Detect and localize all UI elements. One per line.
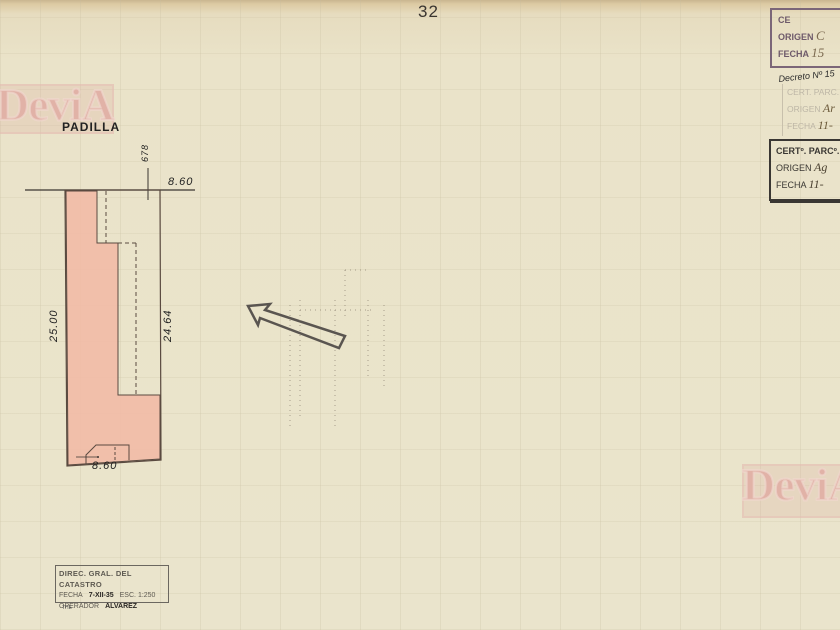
cert-label: CERTº. PARCº. — [776, 143, 840, 159]
origen-label: ORIGEN — [787, 104, 821, 114]
origen-label: ORIGEN — [778, 32, 814, 42]
origen-value: Ar — [823, 101, 835, 115]
catastro-title: DIREC. GRAL. DEL CATASTRO — [59, 568, 165, 590]
fecha-value: 15 — [811, 45, 824, 60]
back-width-dimension: 8.60 — [92, 460, 117, 472]
north-arrow-icon — [248, 304, 345, 348]
cert-stamp-faded: CERT. PARC. ORIGEN Ar FECHA 11- — [782, 84, 840, 136]
fecha-value: 7-XII-35 — [89, 590, 114, 601]
origen-label: ORIGEN — [776, 163, 812, 173]
fecha-value: 11- — [809, 177, 824, 191]
cadastral-plan-sheet: 32 DeviA DeviA PADILLA — [0, 0, 840, 630]
catastro-stamp: DIREC. GRAL. DEL CATASTRO FECHA 7-XII-35… — [55, 565, 169, 603]
fecha-label: FECHA — [778, 49, 809, 59]
lot-number: 678 — [140, 144, 150, 162]
cert-label: CERT. PARC. — [783, 84, 840, 100]
fecha-label: FECHA — [776, 180, 806, 190]
lot-plan-drawing — [0, 0, 840, 630]
fecha-value: 11- — [818, 118, 833, 132]
cert-stamp-dark: CERTº. PARCº. ORIGEN Ag FECHA 11- — [769, 139, 840, 201]
origen-value: C — [816, 28, 825, 43]
left-depth-dimension: 25.00 — [48, 309, 60, 342]
fecha-label: FECHA — [787, 121, 815, 131]
escala-value: 1:250 — [138, 592, 156, 599]
operador-value: ALVAREZ — [105, 601, 137, 612]
fecha-label: FECHA — [59, 590, 83, 601]
front-width-dimension: 8.60 — [168, 176, 193, 188]
origin-stamp-purple: CE ORIGEN C FECHA 15 — [770, 8, 840, 68]
escala-label: ESC. — [120, 592, 136, 599]
stamp-line1: CE — [778, 12, 840, 28]
right-depth-dimension: 24.64 — [162, 309, 174, 342]
stamp-note: THE — [62, 605, 72, 611]
origen-value: Ag — [814, 160, 827, 174]
